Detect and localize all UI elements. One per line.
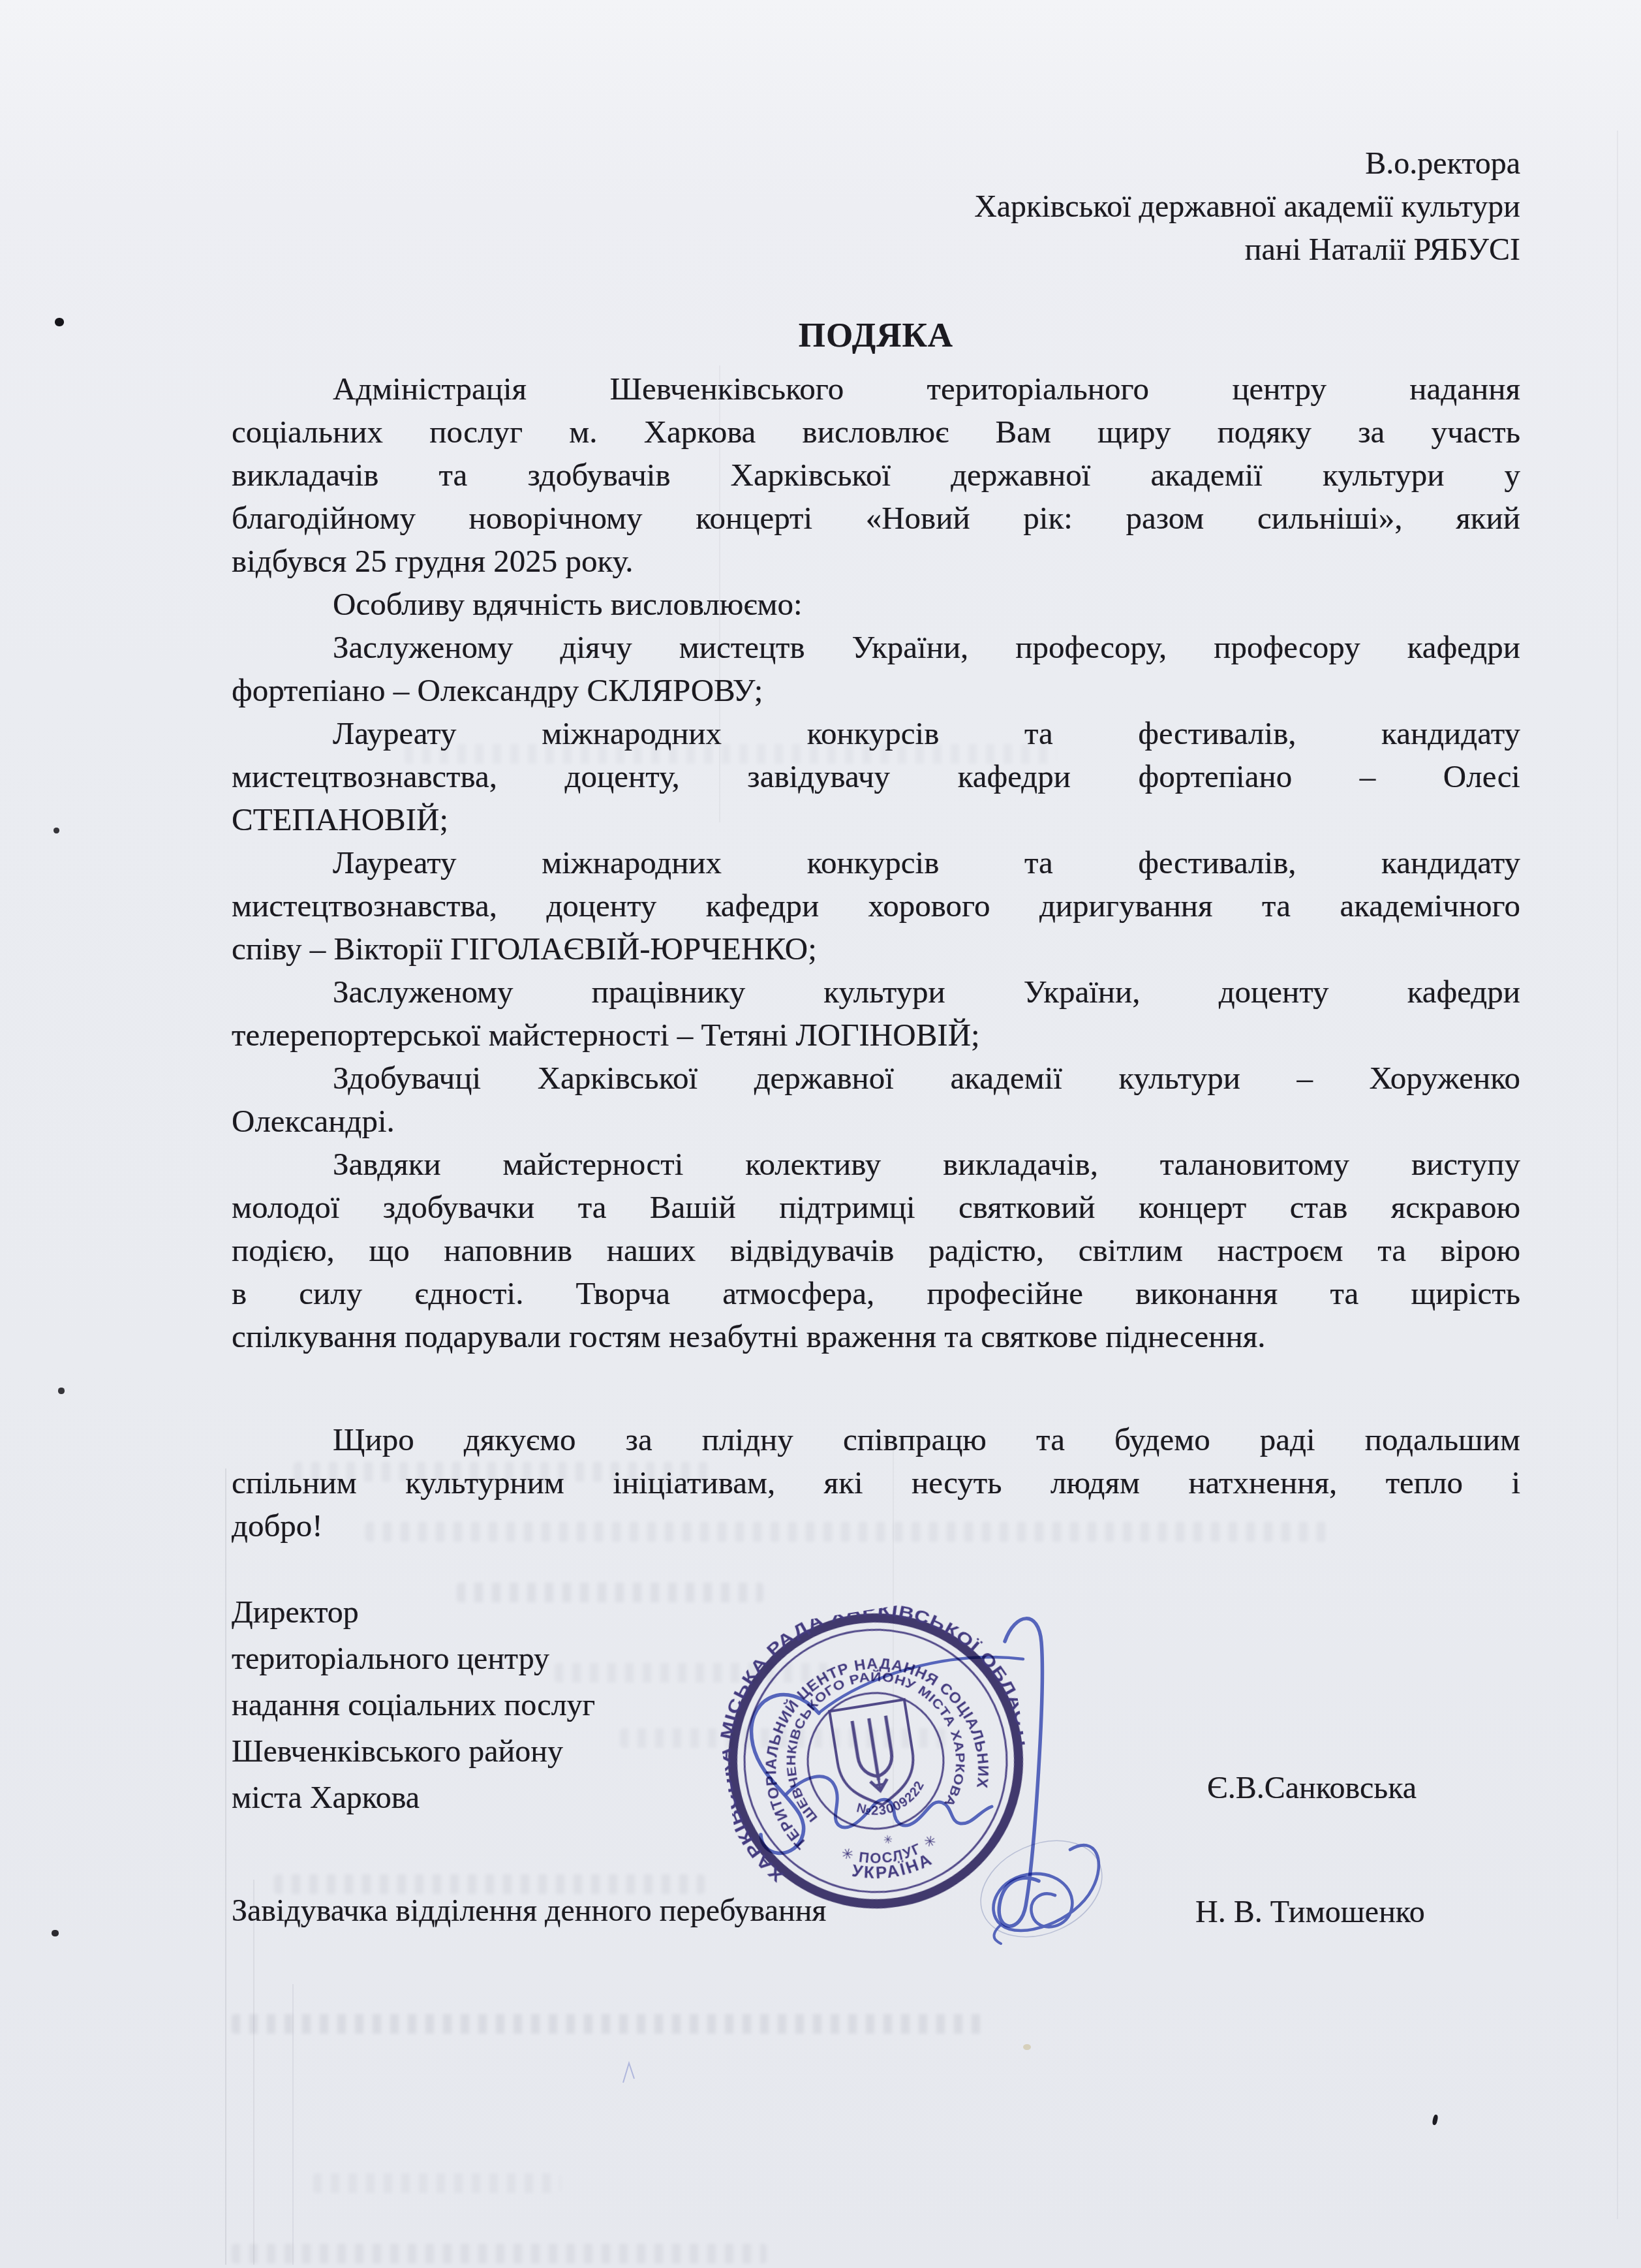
head-of-department-name: Н. В. Тимошенко xyxy=(1195,1894,1425,1930)
text-line: телерепортерської майстерності – Тетяні … xyxy=(232,1014,1520,1057)
paragraph: Завдяки майстерності колективу викладачі… xyxy=(232,1143,1520,1358)
addressee-line: В.о.ректора xyxy=(607,142,1520,185)
text-line: співу – Вікторії ГІГОЛАЄВІЙ-ЮРЧЕНКО; xyxy=(232,927,1520,971)
bleed-through-artifact xyxy=(232,2014,982,2034)
text-line: викладачів та здобувачів Харківської дер… xyxy=(232,454,1520,497)
text-line: в силу єдності. Творча атмосфера, профес… xyxy=(232,1272,1520,1315)
paragraph: Адміністрація Шевченківського територіал… xyxy=(232,367,1520,583)
text-line: соціальних послуг м. Харкова висловлює В… xyxy=(232,411,1520,454)
paragraph: Лауреату міжнародних конкурсів та фестив… xyxy=(232,712,1520,841)
text-line: Адміністрація Шевченківського територіал… xyxy=(232,367,1520,411)
addressee-block: В.о.ректора Харківської державної академ… xyxy=(607,142,1520,272)
text-line: Завдяки майстерності колективу викладачі… xyxy=(232,1143,1520,1186)
text-line: подією, що наповнив наших відвідувачів р… xyxy=(232,1229,1520,1272)
scan-streak-artifact xyxy=(292,1984,294,2265)
text-line: Здобувачці Харківської державної академі… xyxy=(232,1057,1520,1100)
text-line: СТЕПАНОВІЙ; xyxy=(232,798,1520,841)
bleed-through-artifact xyxy=(313,2173,561,2193)
ink-dot-artifact xyxy=(58,1388,65,1394)
ink-dot-artifact xyxy=(54,828,59,833)
paragraph: Здобувачці Харківської державної академі… xyxy=(232,1057,1520,1143)
text-line: Заслуженому працівнику культури України,… xyxy=(232,971,1520,1014)
ink-dot-artifact xyxy=(55,318,64,326)
speck-artifact xyxy=(1023,2044,1031,2050)
text-line: молодої здобувачки та Вашій підтримці св… xyxy=(232,1186,1520,1229)
text-line: Заслуженому діячу мистецтв України, проф… xyxy=(232,626,1520,669)
ink-dash-artifact xyxy=(1432,2114,1438,2125)
pen-tick-artifact xyxy=(621,2061,638,2085)
text-line: спільним культурним ініціативам, які нес… xyxy=(232,1461,1520,1504)
scan-streak-artifact xyxy=(225,1468,226,2265)
paragraph: Лауреату міжнародних конкурсів та фестив… xyxy=(232,841,1520,971)
paragraph: Щиро дякуємо за плідну співпрацю та буде… xyxy=(232,1418,1520,1547)
director-name: Є.В.Санковська xyxy=(1207,1770,1417,1806)
paragraph: Особливу вдячність висловлюємо: xyxy=(232,583,1520,626)
text-line: мистецтвознавства, доценту кафедри хоров… xyxy=(232,884,1520,927)
ink-dot-artifact xyxy=(52,1930,59,1936)
paragraph: Заслуженому діячу мистецтв України, проф… xyxy=(232,626,1520,712)
text-line: Щиро дякуємо за плідну співпрацю та буде… xyxy=(232,1418,1520,1461)
text-line: фортепіано – Олександру СКЛЯРОВУ; xyxy=(232,669,1520,712)
bleed-through-artifact xyxy=(274,1874,705,1894)
paragraph: Заслуженому працівнику культури України,… xyxy=(232,971,1520,1057)
text-line: мистецтвознавства, доценту, завідувачу к… xyxy=(232,755,1520,798)
text-line: добро! xyxy=(232,1504,1520,1547)
text-line: спілкування подарували гостям незабутні … xyxy=(232,1315,1520,1358)
letter-title: ПОДЯКА xyxy=(232,316,1520,355)
letter-body: Адміністрація Шевченківського територіал… xyxy=(232,367,1520,1547)
scanned-letter-page: В.о.ректора Харківської державної академ… xyxy=(0,0,1641,2268)
scan-streak-artifact xyxy=(1617,131,1618,2219)
bleed-through-artifact xyxy=(232,2244,767,2263)
signature-ink-secondary xyxy=(971,1826,1114,1953)
text-line: Особливу вдячність висловлюємо: xyxy=(232,583,1520,626)
addressee-line: пані Наталії РЯБУСІ xyxy=(607,228,1520,272)
text-line: Лауреату міжнародних конкурсів та фестив… xyxy=(232,841,1520,884)
text-line: благодійному новорічному концерті «Новий… xyxy=(232,497,1520,540)
scan-streak-artifact xyxy=(253,1880,254,2265)
text-line: відбувся 25 грудня 2025 року. xyxy=(232,540,1520,583)
addressee-line: Харківської державної академії культури xyxy=(607,185,1520,228)
text-line: Лауреату міжнародних конкурсів та фестив… xyxy=(232,712,1520,755)
text-line: Олександрі. xyxy=(232,1100,1520,1143)
